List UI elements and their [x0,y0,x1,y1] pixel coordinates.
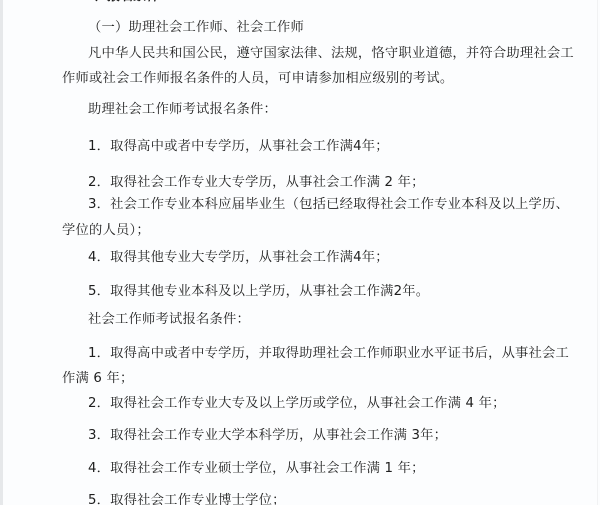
social-worker-condition-3: 3．取得社会工作专业大学本科学历，从事社会工作满 3年； [88,427,447,445]
assistant-conditions-heading: 助理社会工作师考试报名条件： [88,101,277,119]
intro-paragraph-line-1: 凡中华人民共和国公民，遵守国家法律、法规，恪守职业道德，并符合助理社会工 [88,45,574,63]
section-title: （一）助理社会工作师、社会工作师 [88,19,304,37]
assistant-condition-3-line-1: 3．社会工作专业本科应届毕业生（包括已经取得社会工作专业本科及以上学历、 [88,196,569,214]
social-worker-condition-2: 2．取得社会工作专业大专及以上学历或学位，从事社会工作满 4 年； [88,395,506,413]
assistant-condition-4: 4．取得其他专业大专学历，从事社会工作满4年； [88,249,389,267]
social-worker-condition-5: 5．取得社会工作专业博士学位； [88,492,286,505]
social-worker-condition-1-line-1: 1．取得高中或者中专学历，并取得助理社会工作师职业水平证书后，从事社会工 [88,345,569,363]
social-worker-condition-4: 4．取得社会工作专业硕士学位，从事社会工作满 1 年； [88,460,425,478]
assistant-condition-1: 1．取得高中或者中专学历，从事社会工作满4年； [88,138,389,156]
page-left-edge [0,0,3,505]
social-worker-conditions-heading: 社会工作师考试报名条件： [88,311,250,329]
assistant-condition-3-line-2: 学位的人员）； [62,222,150,240]
clipped-chapter-heading: 二、报名条件 [80,0,160,6]
social-worker-condition-1-line-2: 作满 6 年； [62,370,134,388]
assistant-condition-2: 2．取得社会工作专业大专学历，从事社会工作满 2 年； [88,174,425,192]
intro-paragraph-line-2: 作师或社会工作师报名条件的人员，可申请参加相应级别的考试。 [62,70,453,88]
assistant-condition-5: 5．取得其他专业本科及以上学历，从事社会工作满2年。 [88,283,429,301]
page-right-edge [597,0,598,505]
